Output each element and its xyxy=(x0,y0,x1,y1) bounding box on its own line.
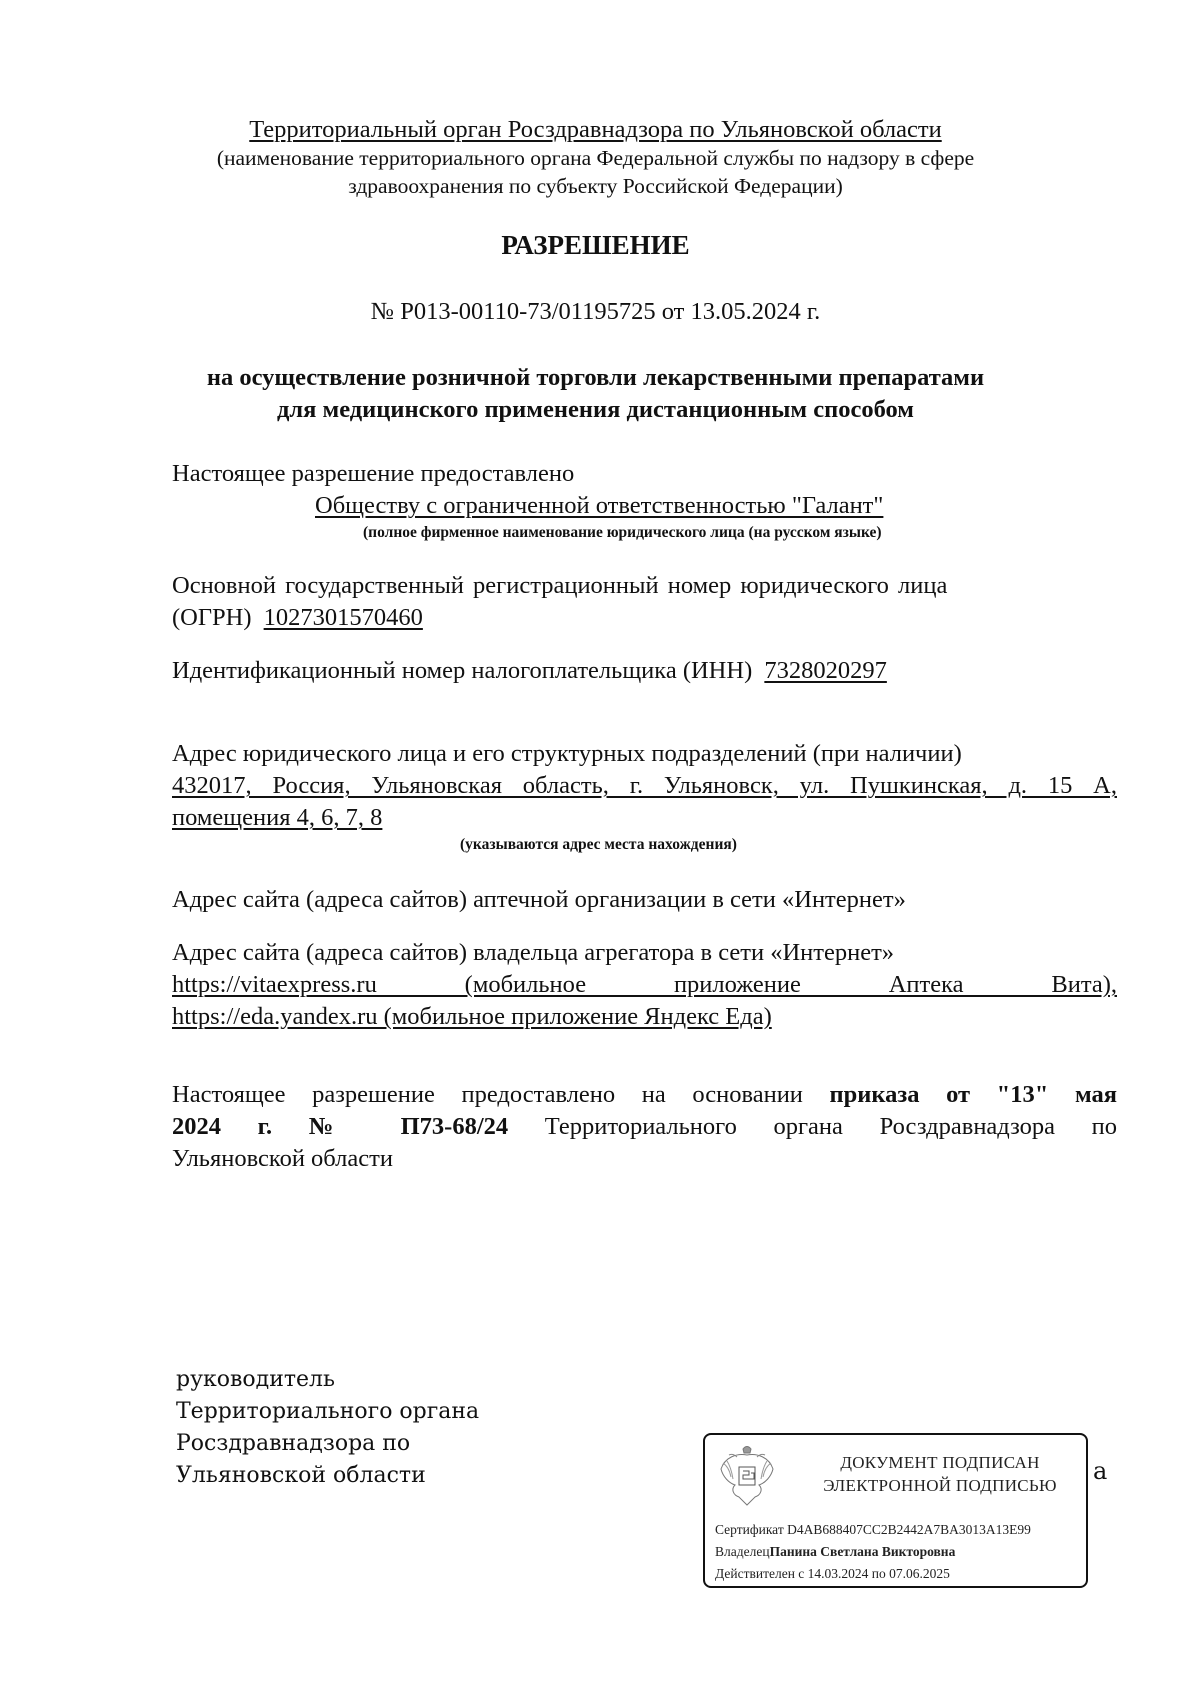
document-title: РАЗРЕШЕНИЕ xyxy=(0,228,1191,262)
organ-caption-line2: здравоохранения по субъекту Российской Ф… xyxy=(0,173,1191,200)
organ-name: Территориальный орган Росздравнадзора по… xyxy=(0,114,1191,145)
basis-line1-plain: Настоящее разрешение предоставлено на ос… xyxy=(172,1081,803,1108)
stamp-owner-label: Владелец xyxy=(715,1544,770,1559)
stamp-certificate-label: Сертификат xyxy=(715,1522,784,1537)
ogrn-label-line1: Основной государственный регистрационный… xyxy=(172,570,947,601)
signatory-line1: руководитель xyxy=(176,1364,335,1395)
basis-order-number: 2024 г. № П73-68/24 xyxy=(172,1113,508,1140)
stamp-owner: ВладелецПанина Светлана Викторовна xyxy=(715,1544,955,1560)
signatory-line4: Ульяновской области xyxy=(176,1460,426,1491)
stamp-certificate: Сертификат D4AB688407CC2B2442A7BA3013A13… xyxy=(715,1522,1031,1538)
grantee-intro: Настоящее разрешение предоставлено xyxy=(172,458,574,489)
electronic-signature-stamp: ДОКУМЕНТ ПОДПИСАН ЭЛЕКТРОННОЙ ПОДПИСЬЮ С… xyxy=(703,1433,1088,1588)
inn-label: Идентификационный номер налогоплательщик… xyxy=(172,657,752,684)
stamp-certificate-value: D4AB688407CC2B2442A7BA3013A13E99 xyxy=(787,1522,1031,1537)
aggregator-site-line2[interactable]: https://eda.yandex.ru (мобильное приложе… xyxy=(172,1001,772,1032)
stamp-owner-value: Панина Светлана Викторовна xyxy=(770,1544,956,1559)
inn-row: Идентификационный номер налогоплательщик… xyxy=(172,655,887,686)
stamp-validity: Действителен с 14.03.2024 по 07.06.2025 xyxy=(715,1566,950,1582)
address-caption: (указываются адрес места нахождения) xyxy=(460,836,737,854)
basis-line2: 2024 г. № П73-68/24 Территориального орг… xyxy=(172,1111,1117,1142)
grantee-caption: (полное фирменное наименование юридическ… xyxy=(363,524,882,542)
address-value-line2: помещения 4, 6, 7, 8 xyxy=(172,802,382,833)
signatory-line2: Территориального органа xyxy=(176,1396,479,1427)
basis-line3: Ульяновской области xyxy=(172,1143,393,1174)
stamp-heading-line2: ЭЛЕКТРОННОЙ ПОДПИСЬЮ xyxy=(805,1476,1075,1496)
subject-line1: на осуществление розничной торговли лека… xyxy=(0,362,1191,393)
basis-line2-plain: Территориального органа Росздравнадзора … xyxy=(545,1113,1117,1140)
ogrn-label: (ОГРН) xyxy=(172,604,252,631)
subject-line2: для медицинского применения дистанционны… xyxy=(0,394,1191,425)
inn-value: 7328020297 xyxy=(764,657,887,684)
address-value-line1: 432017, Россия, Ульяновская область, г. … xyxy=(172,770,1117,801)
stamp-heading-line1: ДОКУМЕНТ ПОДПИСАН xyxy=(805,1453,1075,1473)
signatory-line3: Росздравнадзора по xyxy=(176,1428,410,1459)
organ-caption-line1: (наименование территориального органа Фе… xyxy=(0,145,1191,172)
aggregator-site-label: Адрес сайта (адреса сайтов) владельца аг… xyxy=(172,937,894,968)
ogrn-value: 1027301570460 xyxy=(264,604,423,631)
basis-line1: Настоящее разрешение предоставлено на ос… xyxy=(172,1079,1117,1110)
permit-number: № Р013-00110-73/01195725 от 13.05.2024 г… xyxy=(0,296,1191,327)
pharmacy-site-label: Адрес сайта (адреса сайтов) аптечной орг… xyxy=(172,884,906,915)
address-label: Адрес юридического лица и его структурны… xyxy=(172,738,962,769)
grantee-name: Обществу с ограниченной ответственностью… xyxy=(315,490,883,521)
aggregator-site-line1[interactable]: https://vitaexpress.ru (мобильное прилож… xyxy=(172,969,1117,1000)
basis-order-date: приказа от "13" мая xyxy=(830,1081,1117,1108)
ogrn-row: (ОГРН) 1027301570460 xyxy=(172,602,423,633)
russian-coat-of-arms-icon xyxy=(717,1443,777,1509)
signatory-trailing-char: а xyxy=(1093,1457,1107,1485)
